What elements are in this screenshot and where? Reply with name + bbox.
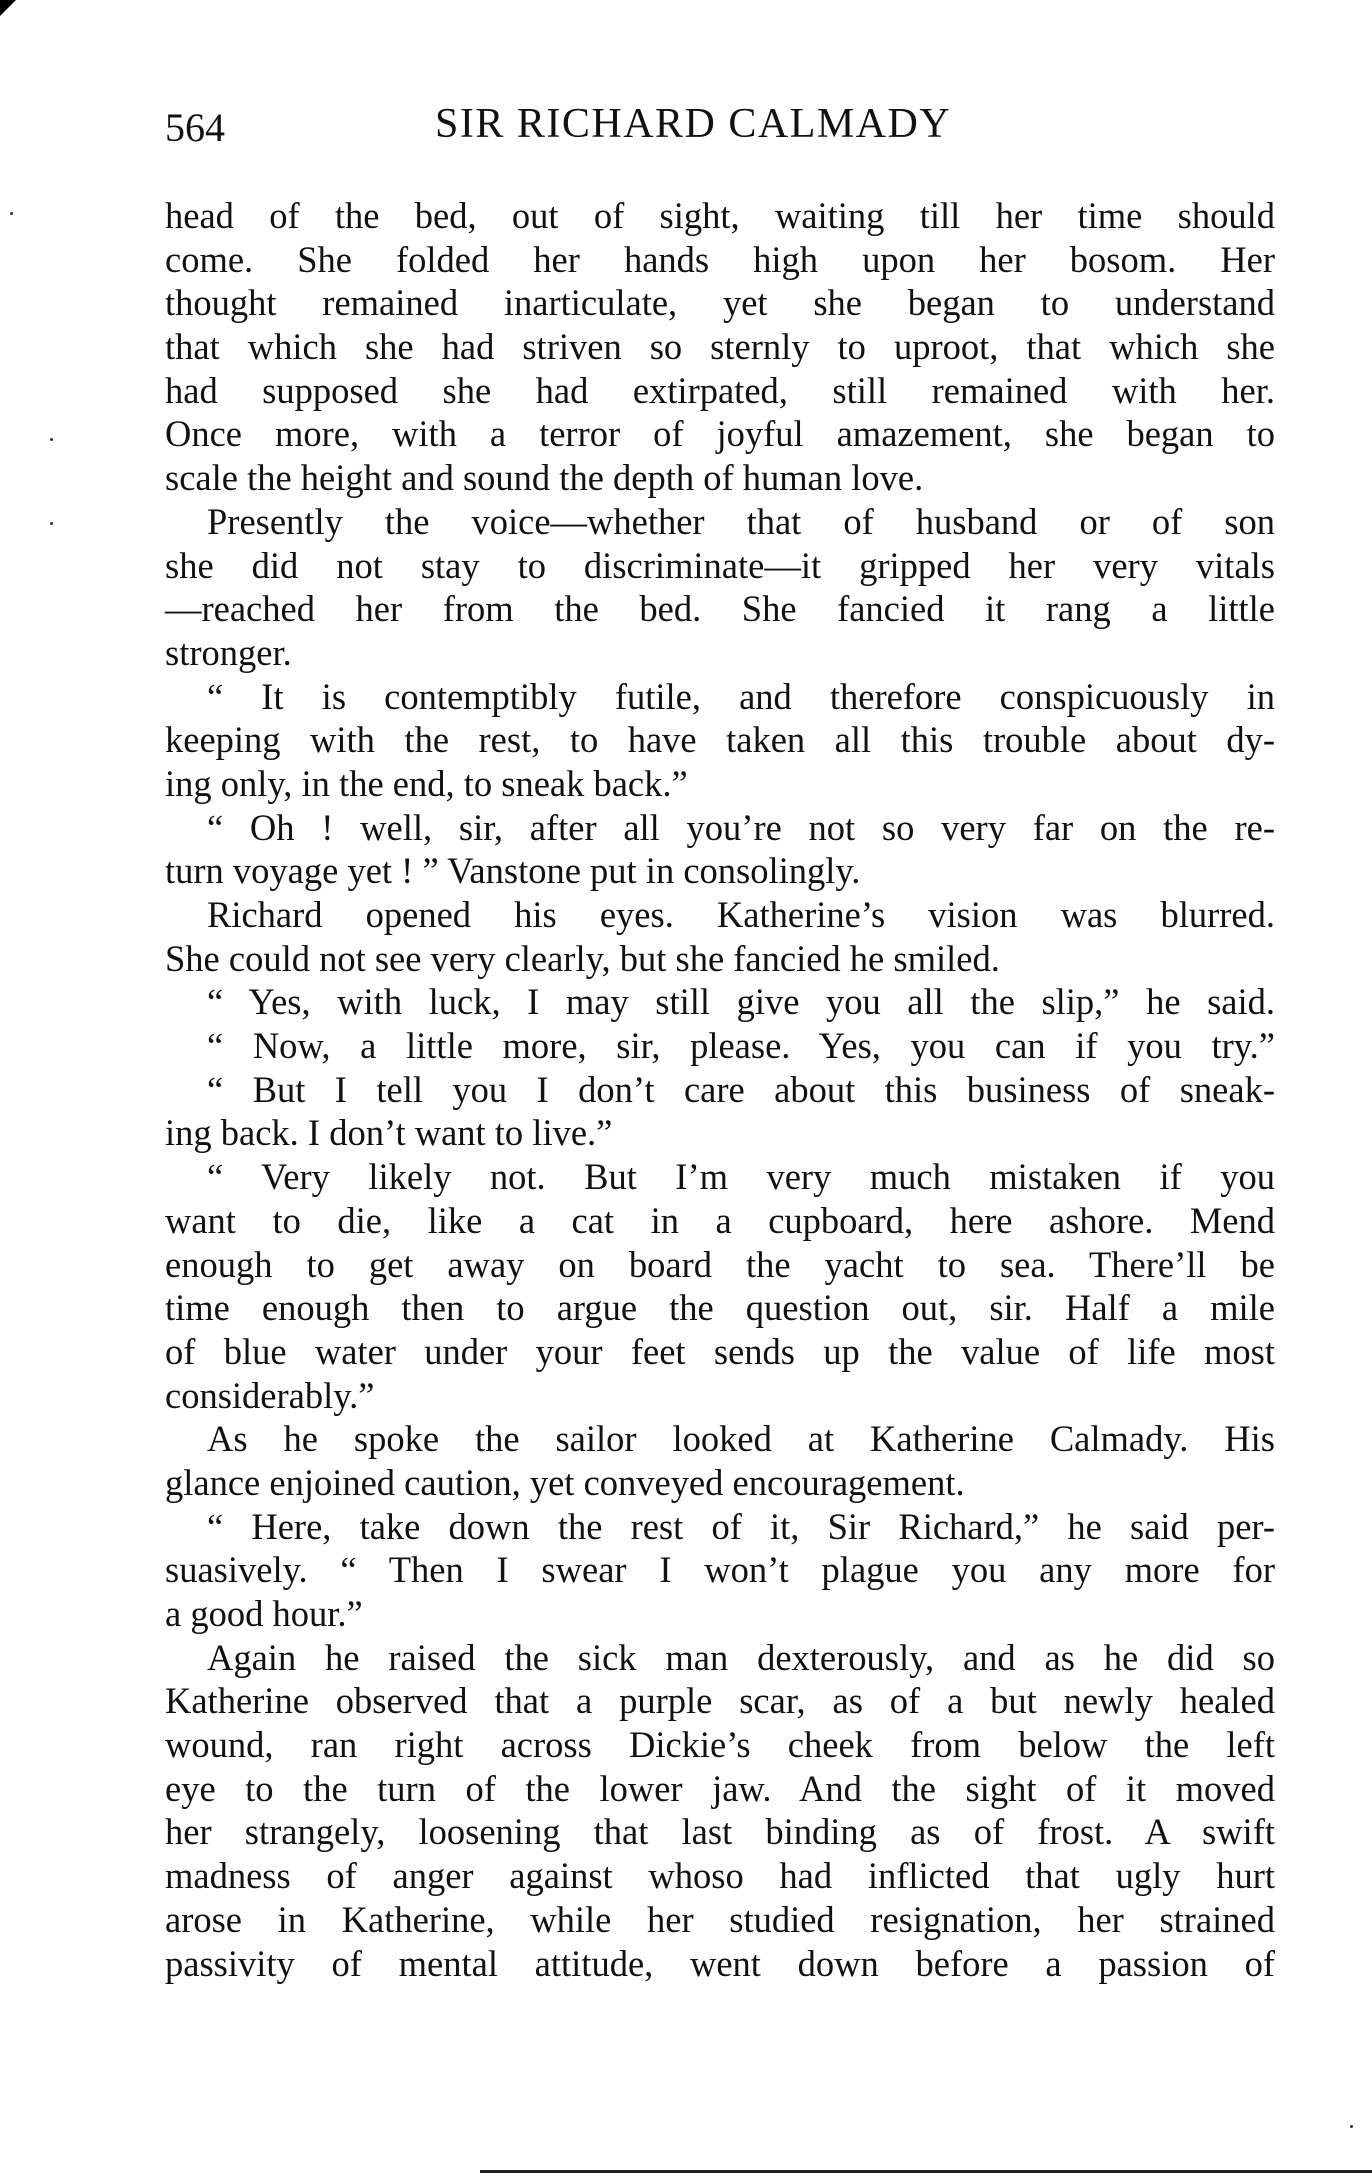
page-header: 564 SIR RICHARD CALMADY bbox=[165, 100, 1275, 150]
text-line: ing only, in the end, to sneak back.” bbox=[165, 762, 1275, 806]
text-line: Again he raised the sick man dexterously… bbox=[165, 1636, 1275, 1680]
text-line: turn voyage yet ! ” Vanstone put in cons… bbox=[165, 849, 1275, 893]
text-line: her strangely, loosening that last bindi… bbox=[165, 1810, 1275, 1854]
text-line: a good hour.” bbox=[165, 1592, 1275, 1636]
text-line: “ But I tell you I don’t care about this… bbox=[165, 1068, 1275, 1112]
text-line: considerably.” bbox=[165, 1374, 1275, 1418]
text-line: “ Oh ! well, sir, after all you’re not s… bbox=[165, 806, 1275, 850]
text-line: keeping with the rest, to have taken all… bbox=[165, 718, 1275, 762]
text-line: enough to get away on board the yacht to… bbox=[165, 1243, 1275, 1287]
text-line: had supposed she had extirpated, still r… bbox=[165, 369, 1275, 413]
scan-speck bbox=[1350, 2125, 1353, 2128]
running-title: SIR RICHARD CALMADY bbox=[435, 100, 951, 148]
text-line: “ It is contemptibly futile, and therefo… bbox=[165, 675, 1275, 719]
text-line: glance enjoined caution, yet conveyed en… bbox=[165, 1461, 1275, 1505]
book-page: 564 SIR RICHARD CALMADY head of the bed,… bbox=[0, 0, 1372, 2179]
text-line: passivity of mental attitude, went down … bbox=[165, 1942, 1275, 1986]
text-line: of blue water under your feet sends up t… bbox=[165, 1330, 1275, 1374]
text-line: Richard opened his eyes. Katherine’s vis… bbox=[165, 893, 1275, 937]
text-line: Presently the voice—whether that of husb… bbox=[165, 500, 1275, 544]
text-line: thought remained inarticulate, yet she b… bbox=[165, 281, 1275, 325]
text-line: ing back. I don’t want to live.” bbox=[165, 1111, 1275, 1155]
text-line: “ Very likely not. But I’m very much mis… bbox=[165, 1155, 1275, 1199]
scan-speck bbox=[10, 212, 13, 215]
text-line: arose in Katherine, while her studied re… bbox=[165, 1898, 1275, 1942]
text-line: “ Yes, with luck, I may still give you a… bbox=[165, 980, 1275, 1024]
text-line: time enough then to argue the question o… bbox=[165, 1286, 1275, 1330]
page-number: 564 bbox=[165, 104, 225, 151]
body-text: head of the bed, out of sight, waiting t… bbox=[165, 194, 1275, 1985]
text-line: stronger. bbox=[165, 631, 1275, 675]
text-line: that which she had striven so sternly to… bbox=[165, 325, 1275, 369]
text-line: “ Here, take down the rest of it, Sir Ri… bbox=[165, 1505, 1275, 1549]
text-line: Katherine observed that a purple scar, a… bbox=[165, 1679, 1275, 1723]
text-line: head of the bed, out of sight, waiting t… bbox=[165, 194, 1275, 238]
text-line: As he spoke the sailor looked at Katheri… bbox=[165, 1417, 1275, 1461]
text-line: “ Now, a little more, sir, please. Yes, … bbox=[165, 1024, 1275, 1068]
scan-speck bbox=[50, 438, 53, 441]
page-bottom-rule bbox=[480, 2170, 1372, 2173]
text-line: scale the height and sound the depth of … bbox=[165, 456, 1275, 500]
text-line: madness of anger against whoso had infli… bbox=[165, 1854, 1275, 1898]
text-line: wound, ran right across Dickie’s cheek f… bbox=[165, 1723, 1275, 1767]
text-line: suasively. “ Then I swear I won’t plague… bbox=[165, 1548, 1275, 1592]
scan-speck bbox=[50, 522, 53, 525]
text-line: she did not stay to discriminate—it grip… bbox=[165, 544, 1275, 588]
text-line: —reached her from the bed. She fancied i… bbox=[165, 587, 1275, 631]
text-line: come. She folded her hands high upon her… bbox=[165, 238, 1275, 282]
text-line: eye to the turn of the lower jaw. And th… bbox=[165, 1767, 1275, 1811]
text-line: She could not see very clearly, but she … bbox=[165, 937, 1275, 981]
scan-corner-mark bbox=[0, 0, 16, 16]
text-line: want to die, like a cat in a cupboard, h… bbox=[165, 1199, 1275, 1243]
text-line: Once more, with a terror of joyful amaze… bbox=[165, 412, 1275, 456]
